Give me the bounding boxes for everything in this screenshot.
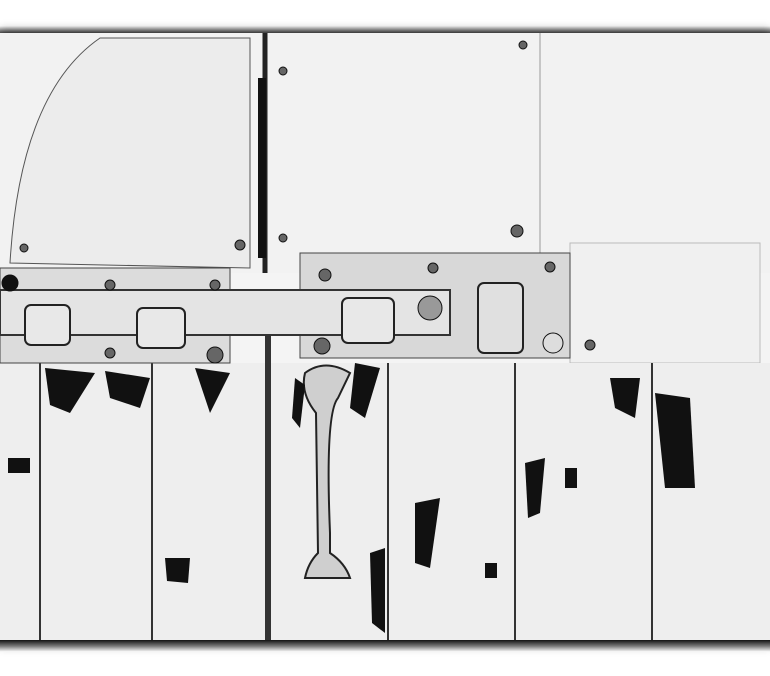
photo-frame — [0, 0, 770, 676]
door-photograph — [0, 33, 770, 643]
bottom-vignette-border — [0, 640, 770, 652]
door-illustration — [0, 33, 770, 643]
